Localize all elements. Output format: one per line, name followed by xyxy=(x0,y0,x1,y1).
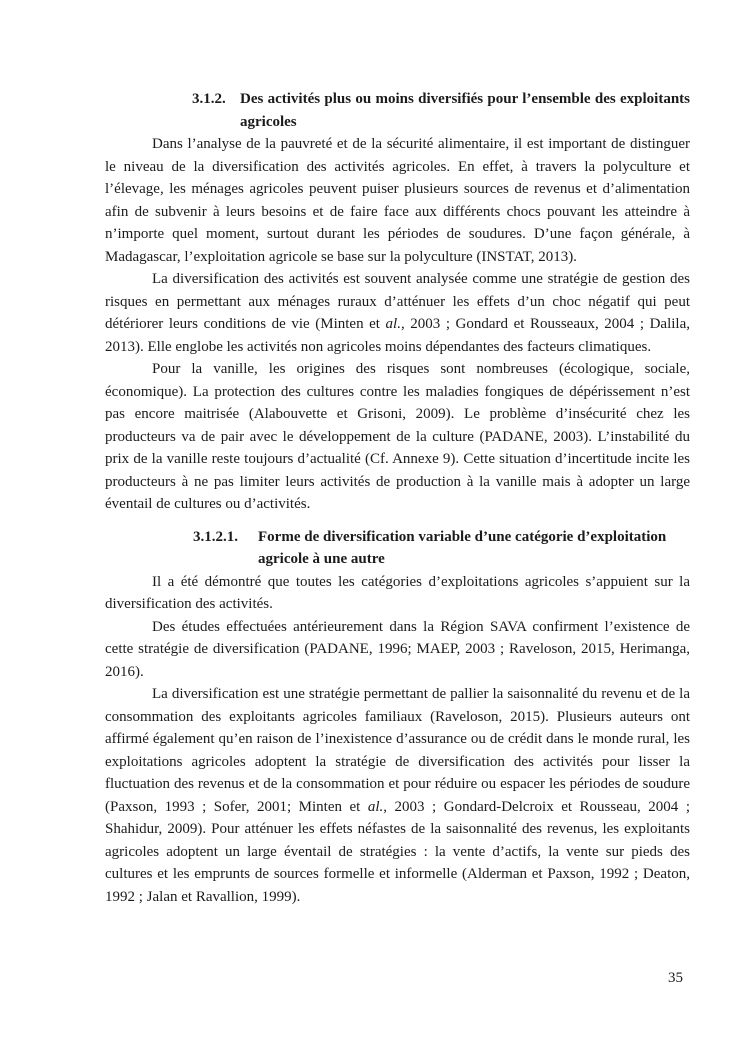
body-paragraph: Pour la vanille, les origines des risque… xyxy=(105,358,690,516)
text-run: Il a été démontré que toutes les catégor… xyxy=(105,574,690,613)
document-page: 3.1.2.Des activités plus ou moins divers… xyxy=(0,0,745,1053)
heading-text: Forme de diversification variable d’une … xyxy=(258,529,666,568)
page-number: 35 xyxy=(105,967,683,990)
body-paragraph: La diversification est une stratégie per… xyxy=(105,683,690,908)
text-run: Dans l’analyse de la pauvreté et de la s… xyxy=(105,136,690,265)
text-run: Pour la vanille, les origines des risque… xyxy=(105,361,690,512)
heading-number: 3.1.2. xyxy=(192,88,240,111)
subsection-heading-3-1-2-1: 3.1.2.1.Forme de diversification variabl… xyxy=(105,526,690,571)
text-run: Des études effectuées antérieurement dan… xyxy=(105,619,690,680)
section-heading-3-1-2: 3.1.2.Des activités plus ou moins divers… xyxy=(105,88,690,133)
body-paragraph: Il a été démontré que toutes les catégor… xyxy=(105,571,690,616)
text-run: La diversification est une stratégie per… xyxy=(105,686,690,815)
italic-run: al. xyxy=(368,799,383,815)
body-paragraph: Des études effectuées antérieurement dan… xyxy=(105,616,690,684)
text-column: 3.1.2.Des activités plus ou moins divers… xyxy=(105,88,690,908)
italic-run: al. xyxy=(386,316,401,332)
body-paragraph: La diversification des activités est sou… xyxy=(105,268,690,358)
heading-number: 3.1.2.1. xyxy=(193,526,258,549)
heading-text: Des activités plus ou moins diversifiés … xyxy=(240,91,690,130)
body-paragraph: Dans l’analyse de la pauvreté et de la s… xyxy=(105,133,690,268)
